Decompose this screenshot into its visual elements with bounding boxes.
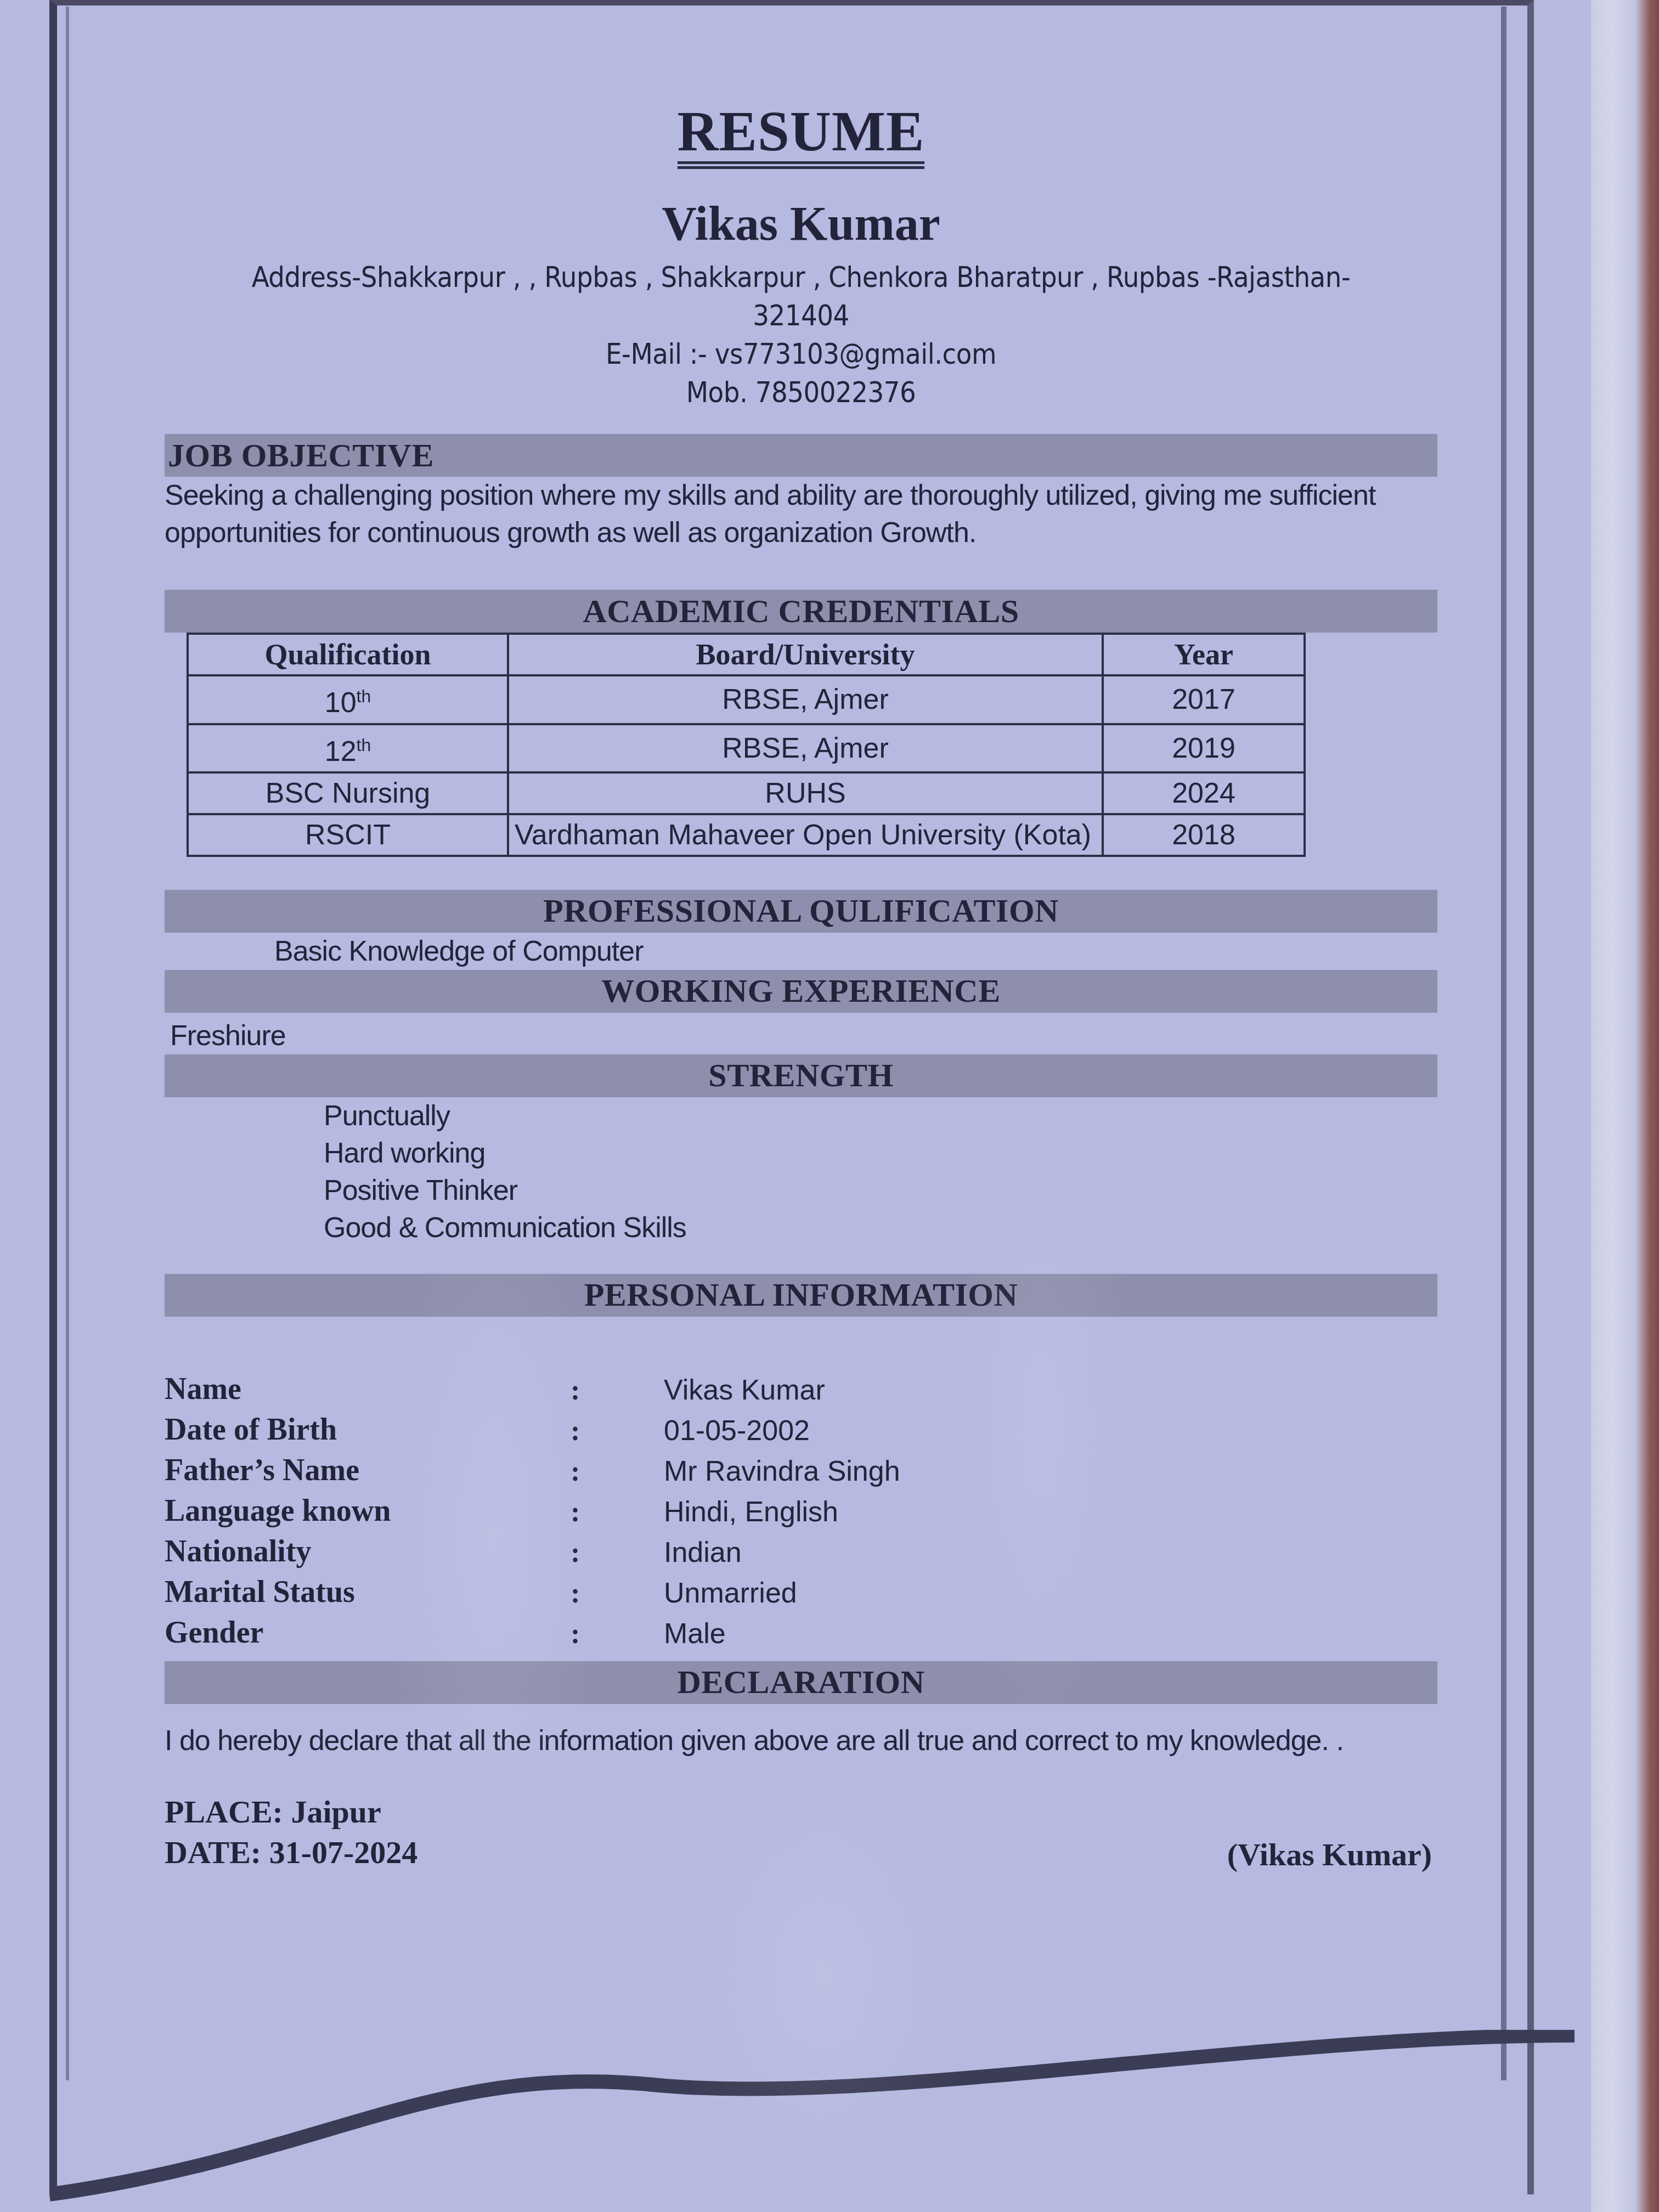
date: DATE: 31-07-2024 (165, 1832, 417, 1873)
personal-info-label: Marital Status (165, 1575, 571, 1610)
cell-year: 2024 (1103, 772, 1305, 814)
academic-table-row: 12thRBSE, Ajmer2019 (188, 724, 1305, 772)
candidate-name: Vikas Kumar (165, 196, 1437, 252)
declaration-footer: PLACE: Jaipur DATE: 31-07-2024 (Vikas Ku… (165, 1792, 1437, 1873)
email-line: E-Mail :- vs773103@gmail.com (165, 335, 1437, 374)
personal-info-row: Father’s Name:Mr Ravindra Singh (165, 1447, 1437, 1488)
personal-info-row: Language known:Hindi, English (165, 1488, 1437, 1528)
personal-info-label: Date of Birth (165, 1412, 571, 1447)
personal-info-separator: : (571, 1496, 664, 1528)
personal-info-value: Mr Ravindra Singh (664, 1455, 900, 1488)
address-line-1: Address-Shakkarpur , , Rupbas , Shakkarp… (165, 258, 1437, 297)
col-board: Board/University (508, 634, 1103, 675)
strength-item: Positive Thinker (324, 1172, 1437, 1209)
personal-info-label: Father’s Name (165, 1453, 571, 1488)
personal-info-value: Indian (664, 1536, 742, 1569)
cell-qualification: BSC Nursing (188, 772, 508, 814)
personal-info-row: Gender:Male (165, 1610, 1437, 1650)
section-strength: STRENGTH (165, 1054, 1437, 1097)
cell-board: RBSE, Ajmer (508, 675, 1103, 724)
personal-info-value: 01-05-2002 (664, 1414, 810, 1447)
section-job-objective: JOB OBJECTIVE (165, 434, 1437, 477)
personal-info-value: Hindi, English (664, 1496, 838, 1528)
academic-table-row: RSCITVardhaman Mahaveer Open University … (188, 814, 1305, 856)
personal-info-label: Gender (165, 1615, 571, 1650)
resume-page: RESUME Vikas Kumar Address-Shakkarpur , … (165, 88, 1437, 1873)
strength-list: PunctuallyHard workingPositive ThinkerGo… (165, 1097, 1437, 1246)
cell-board: RUHS (508, 772, 1103, 814)
personal-info-value: Unmarried (664, 1577, 797, 1610)
cell-qualification: 12th (188, 724, 508, 772)
address-line-2: 321404 (165, 297, 1437, 335)
cell-qualification: RSCIT (188, 814, 508, 856)
academic-table-row: BSC NursingRUHS2024 (188, 772, 1305, 814)
page-border-bottom-curve (49, 2030, 1585, 2211)
personal-info-row: Marital Status:Unmarried (165, 1569, 1437, 1610)
personal-info-value: Vikas Kumar (664, 1374, 825, 1407)
section-declaration: DECLARATION (165, 1661, 1437, 1704)
cell-board: RBSE, Ajmer (508, 724, 1103, 772)
section-professional-qualification: PROFESSIONAL QULIFICATION (165, 890, 1437, 933)
personal-info-label: Nationality (165, 1534, 571, 1569)
place: PLACE: Jaipur (165, 1792, 417, 1832)
personal-info-separator: : (571, 1415, 664, 1447)
personal-info-value: Male (664, 1617, 726, 1650)
col-qualification: Qualification (188, 634, 508, 675)
academic-table-header: Qualification Board/University Year (188, 634, 1305, 675)
col-year: Year (1103, 634, 1305, 675)
strength-item: Hard working (324, 1135, 1437, 1172)
declaration-text: I do hereby declare that all the informa… (165, 1717, 1437, 1764)
personal-info-label: Name (165, 1372, 571, 1407)
personal-info-label: Language known (165, 1493, 571, 1528)
mobile-line: Mob. 7850022376 (165, 374, 1437, 412)
strength-item: Good & Communication Skills (324, 1209, 1437, 1246)
personal-info-list: Name:Vikas KumarDate of Birth:01-05-2002… (165, 1366, 1437, 1650)
cell-year: 2018 (1103, 814, 1305, 856)
section-working-experience: WORKING EXPERIENCE (165, 970, 1437, 1013)
cell-board: Vardhaman Mahaveer Open University (Kota… (508, 814, 1103, 856)
personal-info-separator: : (571, 1618, 664, 1650)
personal-info-row: Nationality:Indian (165, 1528, 1437, 1569)
personal-info-separator: : (571, 1374, 664, 1407)
professional-text: Basic Knowledge of Computer (165, 933, 1437, 970)
academic-table: Qualification Board/University Year 10th… (187, 633, 1306, 857)
personal-info-separator: : (571, 1455, 664, 1488)
cell-year: 2019 (1103, 724, 1305, 772)
background-surface (1580, 0, 1659, 2212)
personal-info-separator: : (571, 1577, 664, 1610)
cell-year: 2017 (1103, 675, 1305, 724)
personal-info-separator: : (571, 1537, 664, 1569)
strength-item: Punctually (324, 1097, 1437, 1135)
contact-block: Address-Shakkarpur , , Rupbas , Shakkarp… (165, 258, 1437, 412)
job-objective-text: Seeking a challenging position where my … (165, 477, 1437, 551)
experience-text: Freshiure (165, 1017, 1437, 1054)
personal-info-row: Name:Vikas Kumar (165, 1366, 1437, 1407)
signature: (Vikas Kumar) (1227, 1836, 1437, 1873)
section-academic-credentials: ACADEMIC CREDENTIALS (165, 590, 1437, 633)
cell-qualification: 10th (188, 675, 508, 724)
resume-title: RESUME (165, 88, 1437, 169)
personal-info-row: Date of Birth:01-05-2002 (165, 1407, 1437, 1447)
academic-table-row: 10thRBSE, Ajmer2017 (188, 675, 1305, 724)
section-personal-information: PERSONAL INFORMATION (165, 1274, 1437, 1317)
